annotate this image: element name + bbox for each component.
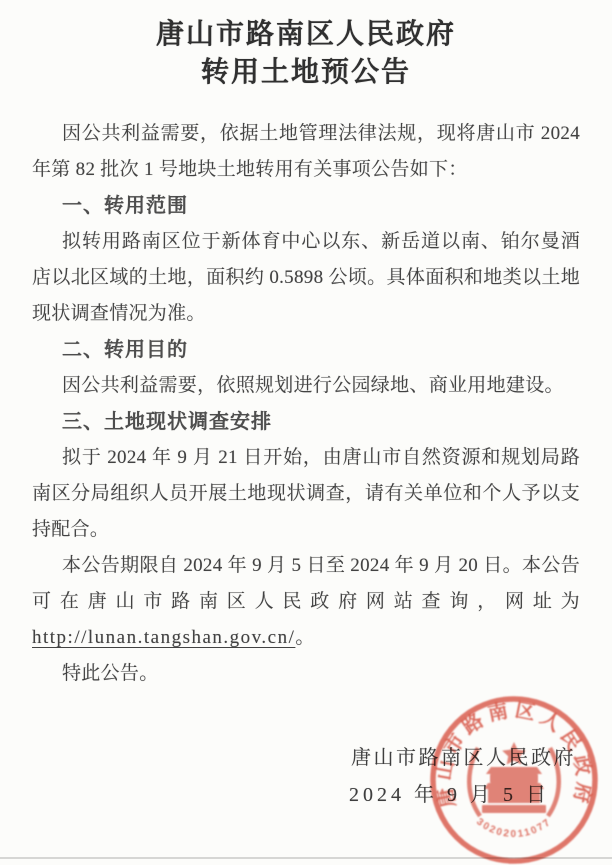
signature-block: 唐山市路南区人民政府 2024 年 9 月 5 日: [32, 740, 612, 814]
signature-date: 2024 年 9 月 5 日: [32, 776, 612, 814]
closing-line: 特此公告。: [32, 656, 580, 692]
document-content: 唐山市路南区人民政府 转用土地预公告 因公共利益需要，依据土地管理法律法规，现将…: [32, 0, 580, 692]
announcement-document: 唐山市路南区人民政府 转用土地预公告 因公共利益需要，依据土地管理法律法规，现将…: [0, 0, 612, 865]
notice-period-paragraph: 本公告期限自 2024 年 9 月 5 日至 2024 年 9 月 20 日。本…: [32, 548, 580, 656]
website-link[interactable]: http://lunan.tangshan.gov.cn/: [32, 627, 295, 648]
section2-paragraph: 因公共利益需要，依照规划进行公园绿地、商业用地建设。: [32, 368, 580, 404]
section1-heading: 一、转用范围: [32, 188, 580, 224]
intro-paragraph: 因公共利益需要，依据土地管理法律法规，现将唐山市 2024 年第 82 批次 1…: [32, 116, 580, 188]
document-title: 唐山市路南区人民政府 转用土地预公告: [32, 16, 580, 92]
notice-period-suffix: 。: [295, 627, 314, 648]
notice-period-text: 本公告期限自 2024 年 9 月 5 日至 2024 年 9 月 20 日。本…: [32, 555, 580, 612]
signature-issuer: 唐山市路南区人民政府: [32, 740, 612, 776]
section3-heading: 三、土地现状调查安排: [32, 404, 580, 440]
scan-edge-line: [0, 857, 612, 859]
title-line-2: 转用土地预公告: [32, 54, 580, 92]
section1-paragraph: 拟转用路南区位于新体育中心以东、新岳道以南、铂尔曼酒店以北区域的土地，面积约 0…: [32, 224, 580, 332]
section2-heading: 二、转用目的: [32, 332, 580, 368]
title-line-1: 唐山市路南区人民政府: [32, 16, 580, 54]
section3-paragraph: 拟于 2024 年 9 月 21 日开始，由唐山市自然资源和规划局路南区分局组织…: [32, 440, 580, 548]
